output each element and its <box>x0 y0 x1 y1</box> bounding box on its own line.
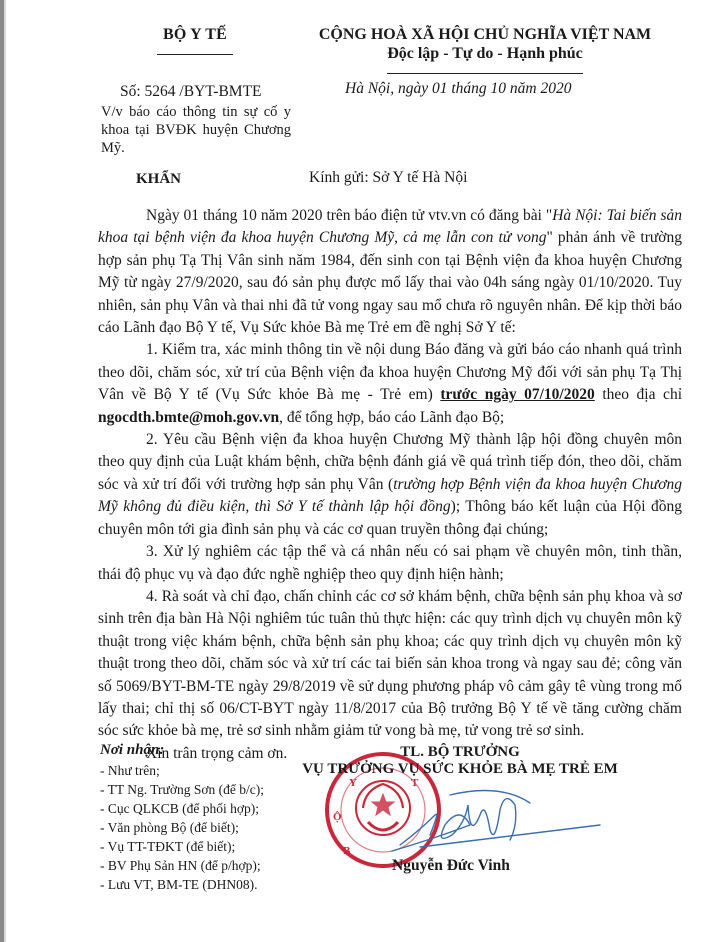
recipients-list: Nơi nhận: - Như trên; - TT Ng. Trường Sơ… <box>100 741 264 894</box>
agency-underline <box>157 54 233 55</box>
signatory-authority: TL. BỘ TRƯỞNG <box>290 744 630 761</box>
nation-title: CỘNG HOÀ XÃ HỘI CHỦ NGHĨA VIỆT NAM <box>295 26 675 44</box>
intro-paragraph: Ngày 01 tháng 10 năm 2020 trên báo điện … <box>98 205 682 339</box>
agency-header: BỘ Y TẾ <box>100 26 290 55</box>
item-3: 3. Xử lý nghiêm các tập thể và cá nhân n… <box>98 541 682 586</box>
urgency-label: KHẨN <box>136 171 181 188</box>
svg-text:Y: Y <box>349 777 357 789</box>
item-1-mid: theo địa chỉ <box>595 386 682 403</box>
recipient-item: - Như trên; <box>100 761 264 780</box>
svg-text:Ộ: Ộ <box>333 810 342 823</box>
contact-email[interactable]: ngocdth.bmte@moh.gov.vn <box>98 409 279 426</box>
national-motto: Độc lập - Tự do - Hạnh phúc <box>295 45 675 63</box>
item-2: 2. Yêu cầu Bệnh viện đa khoa huyện Chươn… <box>98 429 682 541</box>
document-body: Ngày 01 tháng 10 năm 2020 trên báo điện … <box>98 205 682 765</box>
recipient-item: - Văn phòng Bộ (để biết); <box>100 818 264 837</box>
recipient-line: Kính gửi: Sở Y tế Hà Nội <box>309 169 467 187</box>
agency-name: BỘ Y TẾ <box>100 26 290 44</box>
item-1-end: , để tổng hợp, báo cáo Lãnh đạo Bộ; <box>279 409 504 426</box>
document-number: Số: 5264 /BYT-BMTE <box>120 83 262 101</box>
national-header: CỘNG HOÀ XÃ HỘI CHỦ NGHĨA VIỆT NAM Độc l… <box>295 26 675 74</box>
recipient-item: - TT Ng. Trường Sơn (để b/c); <box>100 780 264 799</box>
deadline: trước ngày 07/10/2020 <box>440 386 594 403</box>
signature-block: TL. BỘ TRƯỞNG VỤ TRƯỞNG VỤ SỨC KHỎE BÀ M… <box>290 744 630 778</box>
motto-underline <box>387 73 583 74</box>
item-1: 1. Kiểm tra, xác minh thông tin về nội d… <box>98 339 682 429</box>
recipient-item: - Vụ TT-TĐKT (để biết); <box>100 837 264 856</box>
recipients-title: Nơi nhận: <box>100 741 264 760</box>
scan-edge-shadow <box>4 0 6 942</box>
place-date: Hà Nội, ngày 01 tháng 10 năm 2020 <box>345 80 571 98</box>
recipient-item: - Cục QLKCB (để phối hợp); <box>100 799 264 818</box>
signatory-title: VỤ TRƯỞNG VỤ SỨC KHỎE BÀ MẸ TRẺ EM <box>290 761 630 778</box>
recipient-item: - Lưu VT, BM-TE (DHN08). <box>100 875 264 894</box>
signer-name: Nguyễn Đức Vinh <box>392 857 510 875</box>
svg-text:B: B <box>343 845 351 857</box>
item-4: 4. Rà soát và chỉ đạo, chấn chỉnh các cơ… <box>98 586 682 743</box>
intro-text: Ngày 01 tháng 10 năm 2020 trên báo điện … <box>146 207 552 224</box>
document-subject: V/v báo cáo thông tin sự cố y khoa tại B… <box>101 103 291 157</box>
recipient-item: - BV Phụ Sản HN (để p/hợp); <box>100 856 264 875</box>
handwritten-signature-icon <box>390 785 605 857</box>
